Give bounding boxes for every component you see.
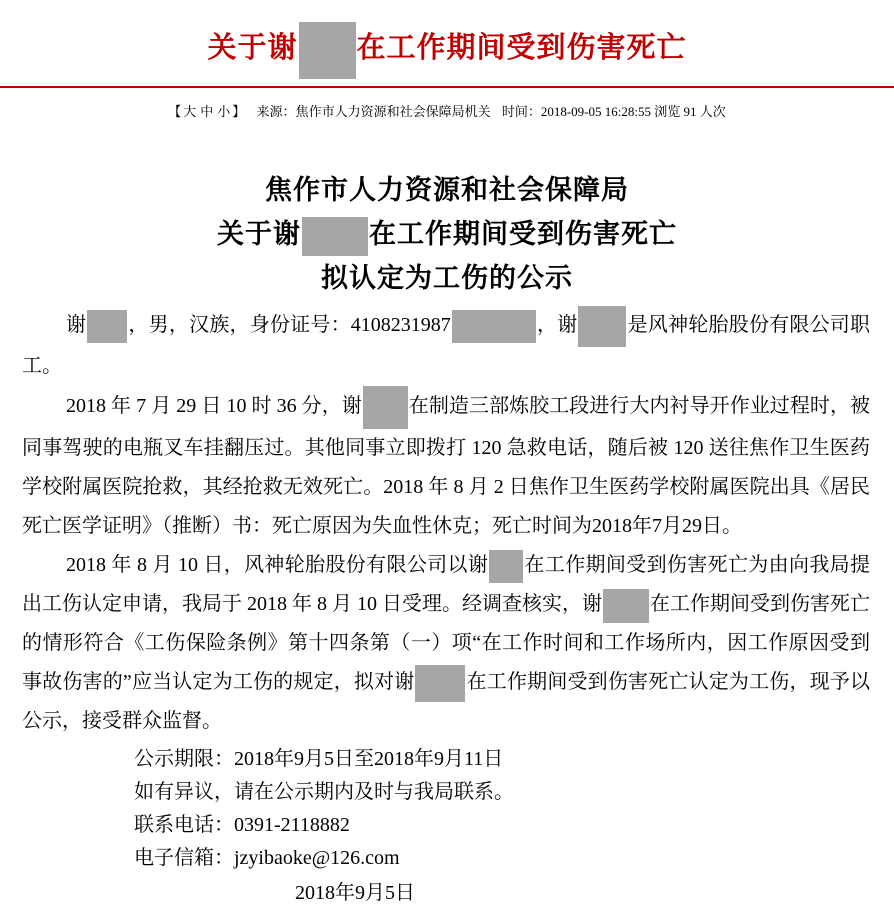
font-size-small[interactable]: 小 xyxy=(217,104,230,119)
para-incident: 2018 年 7 月 29 日 10 时 36 分，谢在制造三部炼胶工段进行大内… xyxy=(22,386,870,546)
date-line: 2018年9月5日 xyxy=(295,875,870,911)
redaction-box xyxy=(302,217,368,256)
redaction-box xyxy=(452,310,536,343)
phone-line: 联系电话：0391-2118882 xyxy=(134,809,870,842)
doc-body: 谢，男，汉族，身份证号：4108231987，谢是风神轮胎股份有限公司职工。 2… xyxy=(22,306,870,911)
text-run: 谢 xyxy=(66,314,86,336)
doc-heading-notice-type: 拟认定为工伤的公示 xyxy=(0,256,894,300)
text-run: 2018 年 7 月 29 日 10 时 36 分，谢 xyxy=(66,395,362,417)
text-run: ，男，汉族，身份证号：4108231987 xyxy=(128,314,451,336)
page: 关于谢在工作期间受到伤害死亡 【大中小】 来源：焦作市人力资源和社会保障局机关 … xyxy=(0,0,894,917)
redaction-box xyxy=(87,310,127,343)
time-value: 2018-09-05 16:28:55 xyxy=(541,104,651,119)
font-size-large[interactable]: 大 xyxy=(183,104,196,119)
text-run: 2018 年 8 月 10 日，风神轮胎股份有限公司以谢 xyxy=(66,554,488,576)
doc-heading-subject: 关于谢在工作期间受到伤害死亡 xyxy=(0,212,894,256)
doc-footer: 公示期限：2018年9月5日至2018年9月11日 如有异议，请在公示期内及时与… xyxy=(22,743,870,911)
font-size-bracket-close: 】 xyxy=(232,104,245,119)
views-count: 91 xyxy=(684,104,697,119)
text-run: 在工作期间受到伤害死亡 xyxy=(357,32,687,64)
page-title: 关于谢在工作期间受到伤害死亡 xyxy=(207,17,686,79)
font-size-bracket-open: 【 xyxy=(168,104,181,119)
redaction-box xyxy=(578,306,626,347)
source-value: 焦作市人力资源和社会保障局机关 xyxy=(296,104,491,119)
time-label: 时间： xyxy=(502,104,541,119)
redaction-box xyxy=(603,589,649,623)
doc-headings: 焦作市人力资源和社会保障局 关于谢在工作期间受到伤害死亡 拟认定为工伤的公示 xyxy=(0,168,894,300)
para-determination: 2018 年 8 月 10 日，风神轮胎股份有限公司以谢在工作期间受到伤害死亡为… xyxy=(22,546,870,741)
doc-heading-agency: 焦作市人力资源和社会保障局 xyxy=(0,168,894,212)
publicity-period-line: 公示期限：2018年9月5日至2018年9月11日 xyxy=(134,743,870,776)
redaction-box xyxy=(363,386,408,429)
views-label: 浏览 xyxy=(654,104,680,119)
redaction-box xyxy=(415,665,465,702)
redaction-box xyxy=(489,550,523,583)
meta-bar: 【大中小】 来源：焦作市人力资源和社会保障局机关 时间：2018-09-05 1… xyxy=(0,88,894,130)
para-identity: 谢，男，汉族，身份证号：4108231987，谢是风神轮胎股份有限公司职工。 xyxy=(22,306,870,386)
font-size-medium[interactable]: 中 xyxy=(200,104,213,119)
email-line: 电子信箱：jzyibaoke@126.com xyxy=(134,842,870,875)
title-band: 关于谢在工作期间受到伤害死亡 xyxy=(0,0,894,86)
objection-line: 如有异议，请在公示期内及时与我局联系。 xyxy=(134,776,870,809)
text-run: 关于谢 xyxy=(217,219,301,249)
text-run: 关于谢 xyxy=(207,32,297,64)
text-run: ，谢 xyxy=(537,314,578,336)
source-label: 来源： xyxy=(257,104,296,119)
redaction-box xyxy=(299,22,356,79)
views-unit: 人次 xyxy=(700,104,726,119)
text-run: 在工作期间受到伤害死亡 xyxy=(369,219,677,249)
